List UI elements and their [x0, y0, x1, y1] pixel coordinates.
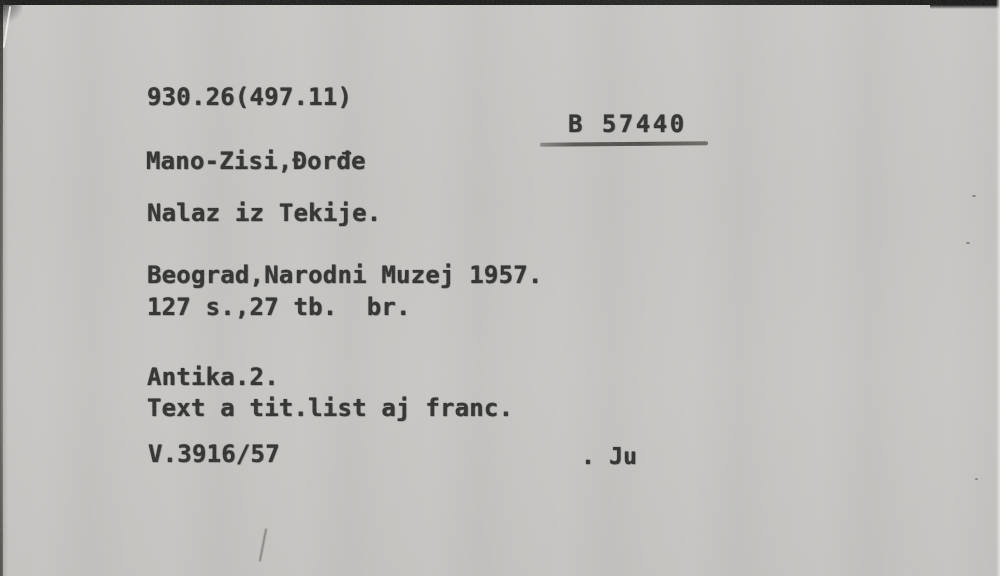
- cataloger-initials: . Ju: [581, 444, 637, 470]
- series-line: Antika.2.: [147, 364, 279, 390]
- dust-speck: [966, 242, 970, 244]
- call-number: 930.26(497.11): [147, 84, 352, 110]
- dust-speck: [972, 195, 976, 197]
- imprint-line: Beograd,Narodni Muzej 1957.: [147, 262, 543, 288]
- title-line: Nalaz iz Tekije.: [147, 200, 381, 226]
- pencil-mark: [259, 528, 267, 562]
- shelf-mark-underline: [540, 141, 708, 146]
- corner-ink-blot: [0, 0, 22, 26]
- shelf-mark: B 57440: [568, 111, 687, 137]
- catalog-card-scan: 930.26(497.11) B 57440 Mano-Zisi,Đorđe N…: [0, 0, 1000, 576]
- scan-edge-right: [996, 0, 1000, 576]
- inventory-number: V.3916/57: [148, 441, 280, 467]
- scan-edge-left-line: [0, 0, 3, 576]
- author-line: Mano-Zisi,Đorđe: [146, 148, 366, 174]
- language-note-line: Text a tit.list aj franc.: [147, 395, 513, 421]
- dust-speck: [975, 478, 978, 480]
- scan-edge-top-right: [930, 0, 1000, 9]
- scan-edge-top: [0, 0, 1000, 5]
- collation-line: 127 s.,27 tb. br.: [147, 294, 411, 320]
